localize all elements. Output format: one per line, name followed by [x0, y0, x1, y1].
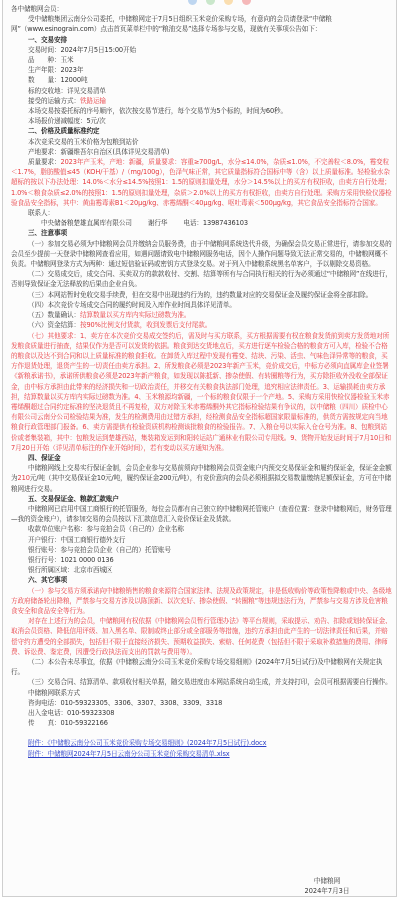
note-3: （三）本网站暂时免收交易手续费，但在交易中出现违约行为的，违约数量对应的交易保证…	[11, 290, 393, 300]
greeting: 各中储粮网会员：	[11, 4, 393, 14]
price-note: 本次竞采交易的玉米价格为包粮到站价	[11, 137, 393, 147]
section-heading-notes: 三、注意事项	[11, 228, 393, 238]
bid-decrement: 本场报价递减幅度：5元/次	[11, 116, 393, 126]
variety: 品 种：玉米	[11, 55, 393, 65]
contact-person: 谢行华	[148, 219, 167, 227]
document-frame: 各中储粮网会员： 受中储粮集团云南分公司委托，中储粮网定于7月5日组织玉米竞价采…	[2, 0, 397, 897]
note-4: （四）本次竞价专场成交合同的履约时间及入库作业时间具体详见清单。	[11, 300, 393, 310]
production-year: 生产年限：2023年	[11, 65, 393, 75]
contact-info: 中央储备粮楚雄直属库有限公司 谢行华 电话：13987436103	[11, 218, 393, 228]
signature-date: 2024年7月3日	[287, 886, 367, 896]
trading-rule: 本场交易按委托标的序号顺序，依次按交易节进行，每个交易节为5个标的，时间为60秒…	[11, 106, 393, 116]
other-1: （一）参与交易方须承诺向中储粮销售的粮食来源符合国家法律、法规及政策规定，非是低…	[11, 586, 393, 617]
bank-region: 银行所属区域：北京市西城区	[11, 565, 393, 575]
contact-block-title: 中储粮网联系方式	[11, 688, 393, 698]
bank-name: 开户银行：中国工商银行德外支行	[11, 535, 393, 545]
section-heading-trading: 一、交易安排	[11, 35, 393, 45]
delivery-location: 标的交收地：详见交易清单	[11, 86, 393, 96]
section-heading-other: 六、其它事项	[11, 575, 393, 585]
attachment-link-list-xlsx[interactable]: 附件：中储粮网2024年7月5日云南分公司玉米竞价采购交易清单.xlsx	[11, 749, 393, 759]
quality-requirement: 质量要求：2023年产玉米，产地：新疆，质量要求：容重≥700g/L，水分≤14…	[11, 157, 393, 208]
section-heading-deposit: 四、保证金	[11, 453, 393, 463]
section-heading-account: 五、交易保证金、粮款汇款账户	[11, 494, 393, 504]
transport-method: 接受的运输方式：铁路运输	[11, 96, 393, 106]
account-paragraph: 中储粮网已启用中国工商银行的托管服务，每位会员都有自己独立的中储粮网托管账户（查…	[11, 504, 393, 524]
trading-time: 交易时间：2024年7月5日15:00开始	[11, 45, 393, 55]
contact-label: 联系人：	[11, 208, 393, 218]
note-1: （一）参加交易必须为中储粮网会员并缴纳会员服务费，由于中储粮网系统迭代升级，为确…	[11, 239, 393, 270]
other-2: （二）本公告未尽事宜，依据《中储粮云南分公司玉米竞价采购专场交易细则》(2024…	[11, 657, 393, 677]
intro-paragraph: 受中储粮集团云南分公司委托，中储粮网定于7月5日组织玉米竞价采购专场，有意向的会…	[11, 14, 393, 34]
note-7: （七）其他要求：1、卖方在本次竞价交易成交签约后，需及时与买方联系，买方根据需要…	[11, 331, 393, 453]
bank-account: 银行账号：参与竞拍会员企业（自己的）托管账号	[11, 545, 393, 555]
account-name: 收款单位账户名称：参与竞拍会员（自己的）企业名称	[11, 524, 393, 534]
fax: 传 真：010-59322166	[11, 718, 393, 728]
contact-phone: 电话：13987436103	[183, 219, 248, 227]
other-1-penalties: 对存在上述行为的会员，中储粮网有权依据《中储粮网会员暂行管理办法》等平台规则，采…	[11, 616, 393, 657]
quantity: 数 量：12000吨	[11, 75, 393, 85]
attachment-link-rules-docx[interactable]: 附件：《中储粮云南分公司玉米竞价采购专场交易细则》(2024年7月5日试行).d…	[11, 738, 393, 748]
note-2: （二）交易成交后，成交合同、买卖双方的款款收付、交割、结算等所有与合同执行相关的…	[11, 269, 393, 289]
consult-phone: 咨询电话：010-59323305、3306、3307、3308、3309、33…	[11, 698, 393, 708]
finance-phone: 出入金电话：010-59323308	[11, 708, 393, 718]
bank-code: 银行行号：1021 0000 0136	[11, 555, 393, 565]
deposit-paragraph: 中储粮网线上交易实行保证金制，会员企业参与交易前须向中储粮网会员资金账户内预交交…	[11, 463, 393, 494]
contact-company: 中央储备粮楚雄直属库有限公司	[41, 219, 132, 227]
section-heading-price-quality: 二、价格及质量标准约定	[11, 126, 393, 136]
note-5: （五）数量确认：结算数量以买方库内实际过磅数为准。	[11, 310, 393, 320]
other-3: （三）交易合同、结算清单、款项收付相关单据，随交易进度由本网站系统自动生成，并支…	[11, 677, 393, 687]
announcement-body: 各中储粮网会员： 受中储粮集团云南分公司委托，中储粮网定于7月5日组织玉米竞价采…	[11, 4, 393, 759]
origin-requirement: 产地要求：新疆维吾尔自治区(具体详见交易清单)	[11, 147, 393, 157]
deposit-amount: 210	[18, 474, 30, 482]
signature-org: 中储粮网	[287, 876, 367, 886]
note-6: （六）资金结算：按90%比例支付货款，收到发票后支付尾款。	[11, 320, 393, 330]
